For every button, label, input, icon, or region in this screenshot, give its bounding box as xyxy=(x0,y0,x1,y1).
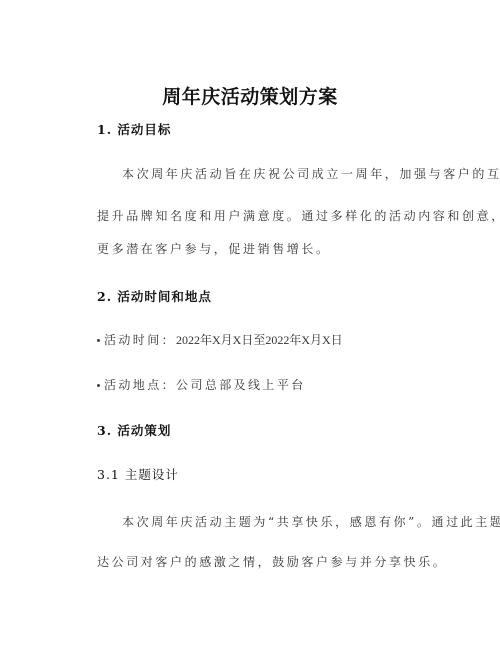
bullet-place-label: 活动地点： xyxy=(104,378,176,392)
bullet-dot-icon xyxy=(97,339,100,342)
bullet-dot-icon xyxy=(97,384,100,387)
goals-paragraph-line-3: 更多潜在客户参与，促进销售增长。 xyxy=(97,240,331,257)
theme-paragraph-line-2: 达公司对客户的感激之情，鼓励客户参与并分享快乐。 xyxy=(97,553,447,570)
bullet-time: 活动时间：2022年X月X日至2022年X月X日 xyxy=(97,331,343,348)
bullet-time-label: 活动时间： xyxy=(104,333,176,347)
section-heading-time-place: 2. 活动时间和地点 xyxy=(97,287,212,305)
document-title: 周年庆活动策划方案 xyxy=(0,82,500,109)
theme-paragraph-line-1: 本次周年庆活动主题为“共享快乐，感恩有你”。通过此主题传 xyxy=(122,513,500,530)
bullet-place-value: 公司总部及线上平台 xyxy=(176,378,306,392)
section-heading-goals: 1. 活动目标 xyxy=(97,120,171,138)
bullet-place: 活动地点：公司总部及线上平台 xyxy=(97,376,306,393)
bullet-time-value: 2022年X月X日至2022年X月X日 xyxy=(176,333,343,347)
section-heading-planning: 3. 活动策划 xyxy=(97,421,171,439)
goals-paragraph-line-1: 本次周年庆活动旨在庆祝公司成立一周年，加强与客户的互动， xyxy=(122,165,500,182)
subsection-heading-theme: 3.1 主题设计 xyxy=(97,465,179,483)
document-page: 周年庆活动策划方案 1. 活动目标 本次周年庆活动旨在庆祝公司成立一周年，加强与… xyxy=(0,0,500,647)
goals-paragraph-line-2: 提升品牌知名度和用户满意度。通过多样化的活动内容和创意，吸引 xyxy=(97,207,500,224)
